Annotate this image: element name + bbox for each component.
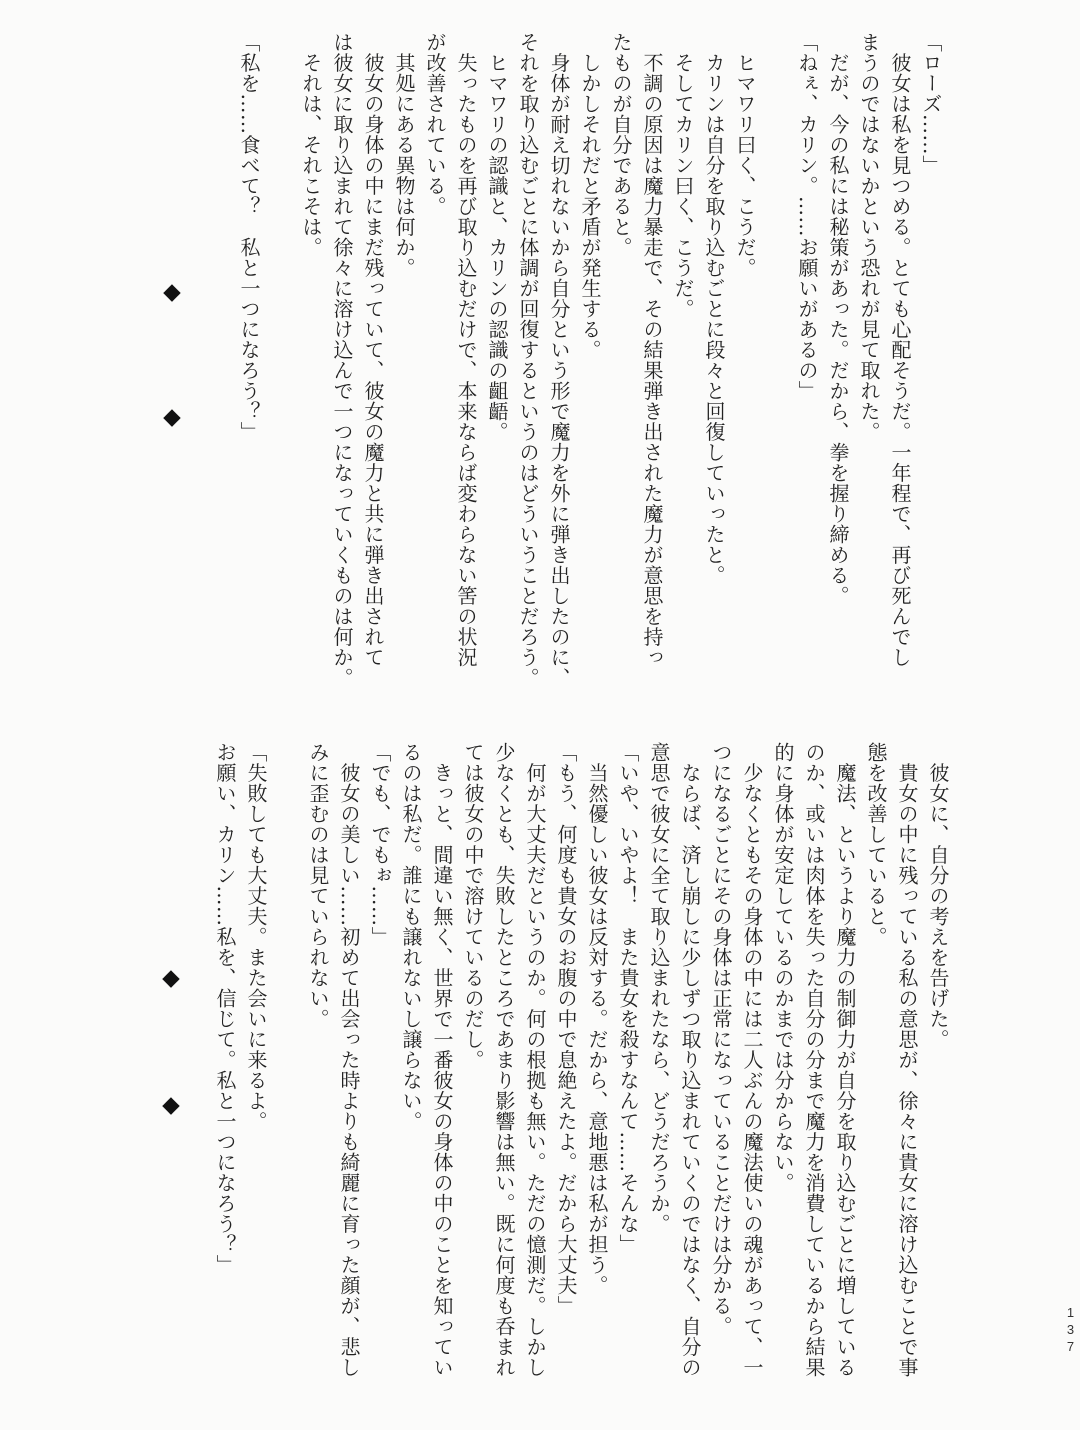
scene-break-diamond: ◆ [158,1092,184,1118]
scene-break-diamond: ◆ [159,279,185,305]
novel-page: 「ローズ……」 彼女は私を見つめる。とても心配そうだ。一年程で、再び死んでし ま… [0,0,1080,1430]
scene-break-diamond: ◆ [158,965,184,991]
text-block-bottom: 彼女に、自分の考えを告げた。 貴女の中に残っている私の意思が、徐々に貴女に溶け込… [209,742,953,1414]
page-number: 137 [1063,1305,1078,1356]
text-block-top: 「ローズ……」 彼女は私を見つめる。とても心配そうだ。一年程で、再び死んでし ま… [233,32,946,704]
scene-break-diamond: ◆ [159,404,185,430]
